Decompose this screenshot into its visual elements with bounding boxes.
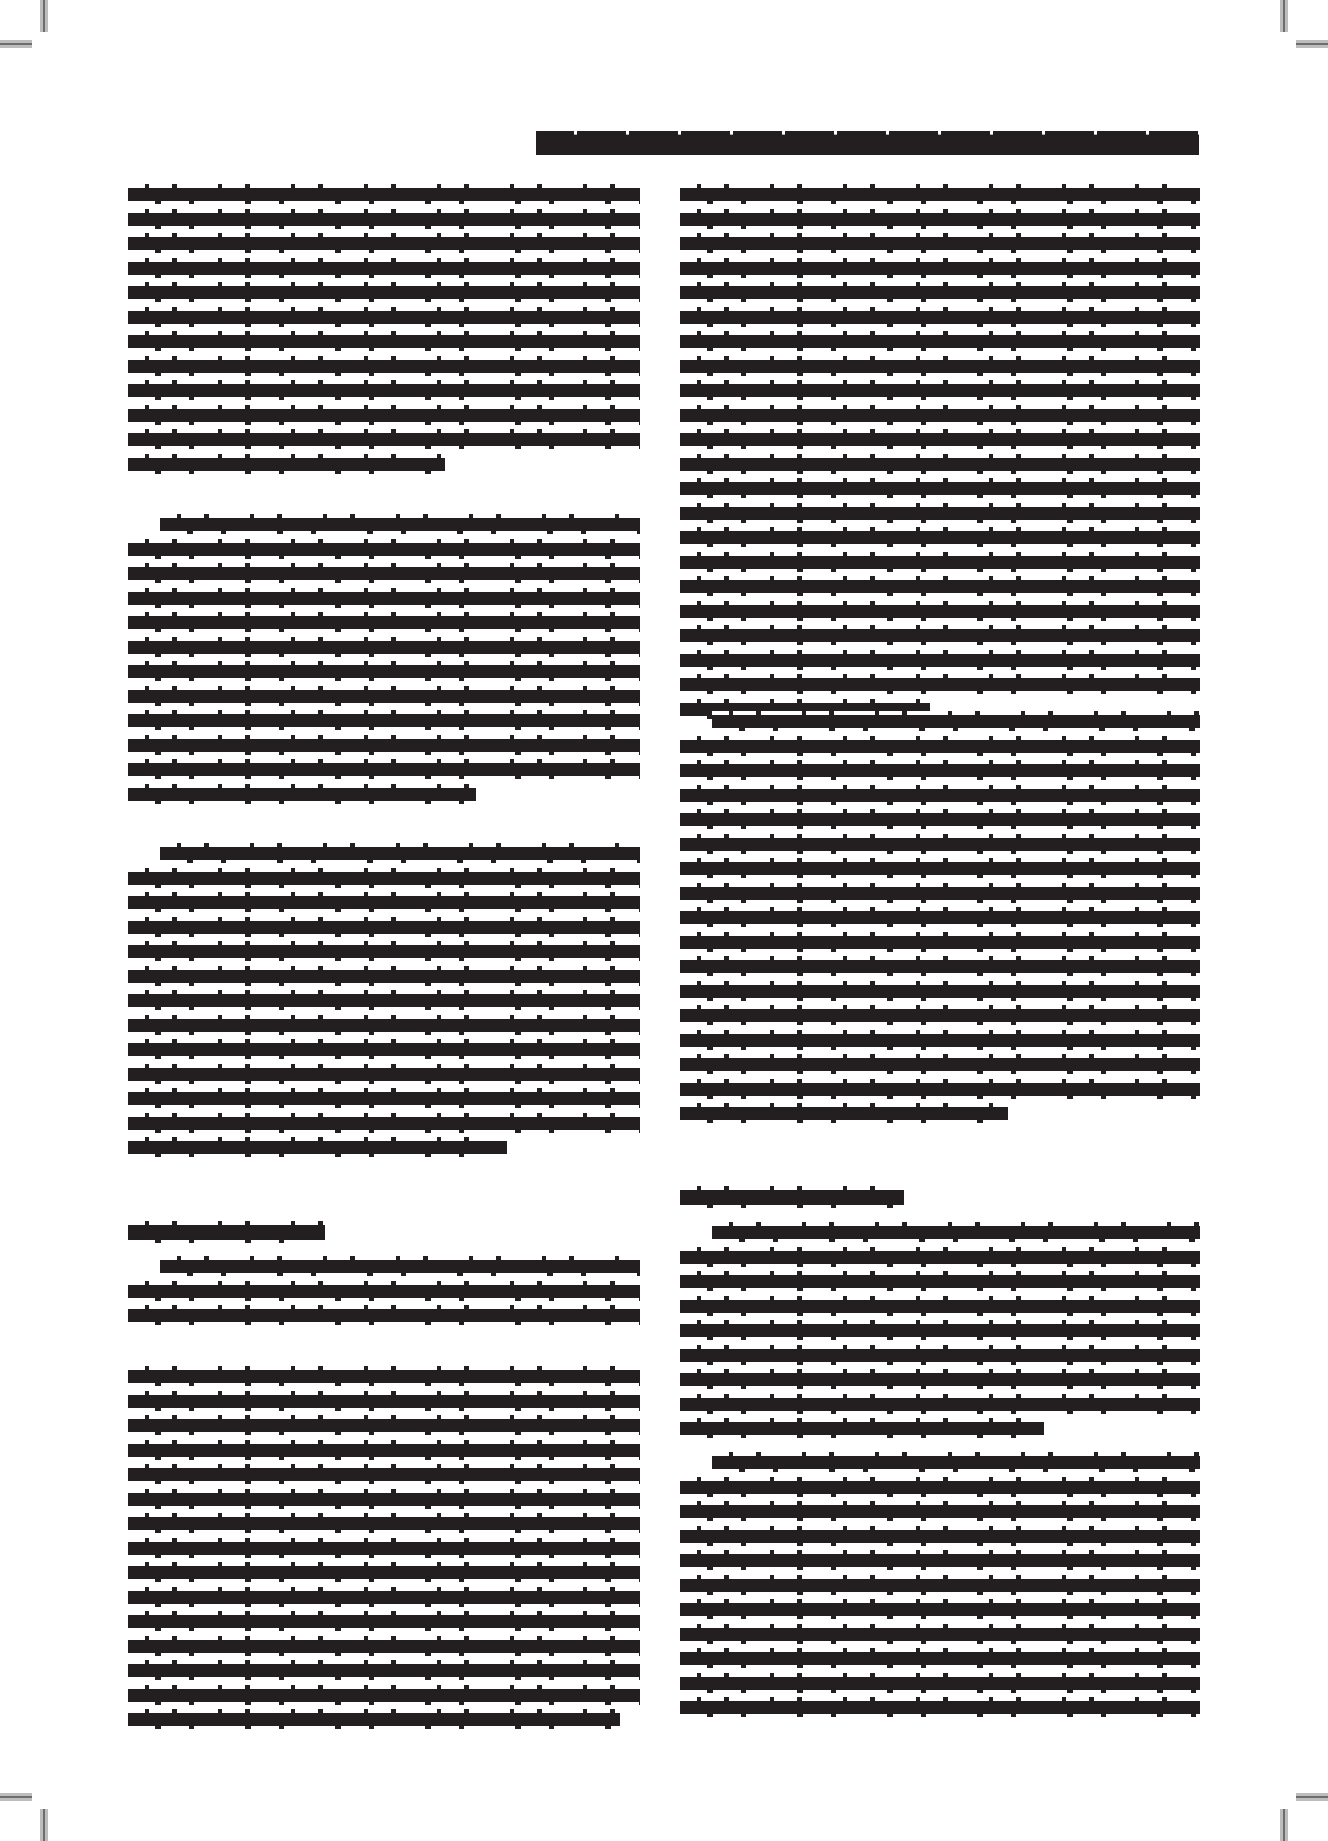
text-line: [illegible paragraph text] [128,1039,640,1059]
text-line: [illegible paragraph text] [128,1415,640,1435]
section-heading: [illegible section heading] [128,1221,640,1248]
text-line: [illegible paragraph text] [128,1538,640,1558]
crop-mark-bottom-left-horizontal [0,1793,32,1801]
crop-mark-top-left-vertical [40,0,48,32]
text-line: [illegible paragraph text] [680,1296,1200,1316]
text-line: [illegible paragraph text] [680,1673,1200,1693]
text-line: [illegible paragraph text] [128,356,640,376]
right-column: [illegible paragraph text][illegible par… [680,0,1200,1841]
section-heading: [illegible section heading] [680,1186,1200,1213]
crop-mark-top-right-horizontal [1296,40,1328,48]
text-line: [illegible paragraph text] [128,1366,640,1386]
text-line: [illegible paragraph text] [680,429,1200,449]
text-line: [illegible paragraph text] [680,956,1200,976]
crop-mark-bottom-right-horizontal [1296,1793,1328,1801]
text-line: [illegible paragraph text] [680,1624,1200,1644]
text-line: [illegible paragraph text] [680,454,1200,474]
text-line: [illegible paragraph text] [128,917,640,937]
text-line: [illegible paragraph text] [680,932,1200,952]
text-line: [illegible paragraph text] [680,1005,1200,1025]
text-line: [illegible paragraph text] [680,527,1200,547]
paragraph: [illegible paragraph text][illegible par… [680,184,1200,723]
text-line: [illegible paragraph text] [128,1391,640,1411]
text-line: [illegible paragraph text] [128,258,640,278]
paragraph: [illegible paragraph text][illegible par… [128,1256,640,1330]
text-line: [illegible paragraph text] [680,1477,1200,1497]
text-line: [illegible paragraph text] [680,576,1200,596]
crop-mark-bottom-left-vertical [40,1809,48,1841]
text-line: [illegible paragraph text] [128,1464,640,1484]
text-line: [illegible paragraph text] [680,858,1200,878]
text-line: [illegible paragraph text] [712,1222,1200,1242]
crop-mark-top-right-vertical [1280,0,1288,32]
text-line: [illegible paragraph text] [128,563,640,583]
text-line: [illegible paragraph text] [680,1247,1200,1267]
text-line: [illegible paragraph text] [680,331,1200,351]
paragraph: [illegible paragraph text][illegible par… [128,1366,640,1734]
text-line: [illegible paragraph text] [128,892,640,912]
text-line: [illegible paragraph text] [128,759,640,779]
text-line: [illegible paragraph text] [680,356,1200,376]
text-line: [illegible paragraph text] [680,209,1200,229]
text-line: [illegible paragraph text] [128,1611,640,1631]
text-line: [illegible paragraph text] [128,233,640,253]
crop-mark-top-left-horizontal [0,40,32,48]
text-line: [illegible paragraph text] [680,1418,1044,1438]
text-line: [illegible paragraph text] [712,711,1200,731]
text-line: [illegible paragraph text] [680,1320,1200,1340]
text-line: [illegible paragraph text] [128,941,640,961]
text-line: [illegible paragraph text] [680,834,1200,854]
text-line: [illegible paragraph text] [680,258,1200,278]
text-line: [illegible paragraph text] [680,1369,1200,1389]
text-line: [illegible paragraph text] [680,1648,1200,1668]
text-line: [illegible paragraph text] [680,184,1200,204]
paragraph: [illegible paragraph text][illegible par… [128,514,640,808]
text-line: [illegible paragraph text] [680,1501,1200,1521]
text-line: [illegible paragraph text] [680,1345,1200,1365]
text-line: [illegible paragraph text] [128,1587,640,1607]
text-line: [illegible paragraph text] [128,429,640,449]
text-line: [illegible paragraph text] [128,282,640,302]
text-line: [illegible paragraph text] [128,1709,620,1729]
text-line: [illegible paragraph text] [680,1079,1200,1099]
text-line: [illegible paragraph text] [128,1015,640,1035]
text-line: [illegible paragraph text] [128,184,640,204]
text-line: [illegible paragraph text] [680,1526,1200,1546]
text-line: [illegible paragraph text] [680,1030,1200,1050]
text-line: [illegible paragraph text] [128,1440,640,1460]
text-line: [illegible paragraph text] [128,1088,640,1108]
text-line: [illegible paragraph text] [128,539,640,559]
text-line: [illegible paragraph text] [128,686,640,706]
text-line: [illegible paragraph text] [680,625,1200,645]
text-line: [illegible paragraph text] [128,1281,640,1301]
text-line: [illegible paragraph text] [128,1305,640,1325]
text-line: [illegible paragraph text] [680,1054,1200,1074]
text-line: [illegible paragraph text] [680,650,1200,670]
paragraph: [illegible paragraph text][illegible par… [680,1452,1200,1722]
text-line: [illegible paragraph text] [128,661,640,681]
text-line: [illegible paragraph text] [680,674,1200,694]
text-line: [illegible paragraph text] [680,478,1200,498]
text-line: [illegible paragraph text] [160,1256,640,1276]
text-line: [illegible paragraph text] [128,307,640,327]
text-line: [illegible paragraph text] [712,1452,1200,1472]
paragraph: [illegible paragraph text][illegible par… [680,711,1200,1128]
text-line: [illegible paragraph text] [680,552,1200,572]
text-line: [illegible paragraph text] [128,380,640,400]
text-line: [illegible paragraph text] [680,282,1200,302]
text-line: [illegible paragraph text] [680,380,1200,400]
paragraph: [illegible paragraph text][illegible par… [128,184,640,478]
text-line: [illegible paragraph text] [128,966,640,986]
text-line: [illegible paragraph text] [128,209,640,229]
text-line: [illegible paragraph text] [680,785,1200,805]
text-line: [illegible paragraph text] [680,1575,1200,1595]
text-line: [illegible paragraph text] [680,1103,1008,1123]
heading-text: [illegible section heading] [128,1221,325,1243]
text-line: [illegible paragraph text] [680,760,1200,780]
text-line: [illegible paragraph text] [680,883,1200,903]
text-line: [illegible paragraph text] [128,1562,640,1582]
text-line: [illegible paragraph text] [128,1513,640,1533]
text-line: [illegible paragraph text] [128,1685,640,1705]
text-line: [illegible paragraph text] [128,1113,640,1133]
text-line: [illegible paragraph text] [680,1271,1200,1291]
text-line: [illegible paragraph text] [128,1489,640,1509]
text-line: [illegible paragraph text] [680,307,1200,327]
text-line: [illegible paragraph text] [680,907,1200,927]
text-line: [illegible paragraph text] [680,1697,1200,1717]
text-line: [illegible paragraph text] [680,233,1200,253]
left-column: [illegible paragraph text][illegible par… [128,0,640,1841]
text-line: [illegible paragraph text] [128,735,640,755]
text-line: [illegible paragraph text] [128,405,640,425]
text-line: [illegible paragraph text] [680,1550,1200,1570]
text-line: [illegible paragraph text] [128,710,640,730]
text-line: [illegible paragraph text] [128,1064,640,1084]
text-line: [illegible paragraph text] [128,1660,640,1680]
text-line: [illegible paragraph text] [680,1394,1200,1414]
text-line: [illegible paragraph text] [128,1636,640,1656]
text-line: [illegible paragraph text] [128,637,640,657]
text-line: [illegible paragraph text] [128,454,445,474]
paragraph: [illegible paragraph text][illegible par… [680,1222,1200,1443]
text-line: [illegible paragraph text] [680,601,1200,621]
text-line: [illegible paragraph text] [128,331,640,351]
text-line: [illegible paragraph text] [680,405,1200,425]
crop-mark-bottom-right-vertical [1280,1809,1288,1841]
text-line: [illegible paragraph text] [680,981,1200,1001]
text-line: [illegible paragraph text] [128,612,640,632]
text-line: [illegible paragraph text] [680,736,1200,756]
heading-text: [illegible section heading] [680,1186,904,1208]
text-line: [illegible paragraph text] [680,1599,1200,1619]
text-line: [illegible paragraph text] [128,1137,507,1157]
text-line: [illegible paragraph text] [128,784,476,804]
text-line: [illegible paragraph text] [128,868,640,888]
paragraph: [illegible paragraph text][illegible par… [128,843,640,1162]
text-line: [illegible paragraph text] [128,588,640,608]
text-line: [illegible paragraph text] [160,514,640,534]
text-line: [illegible paragraph text] [128,990,640,1010]
text-line: [illegible paragraph text] [160,843,640,863]
text-line: [illegible paragraph text] [680,503,1200,523]
text-line: [illegible paragraph text] [680,809,1200,829]
